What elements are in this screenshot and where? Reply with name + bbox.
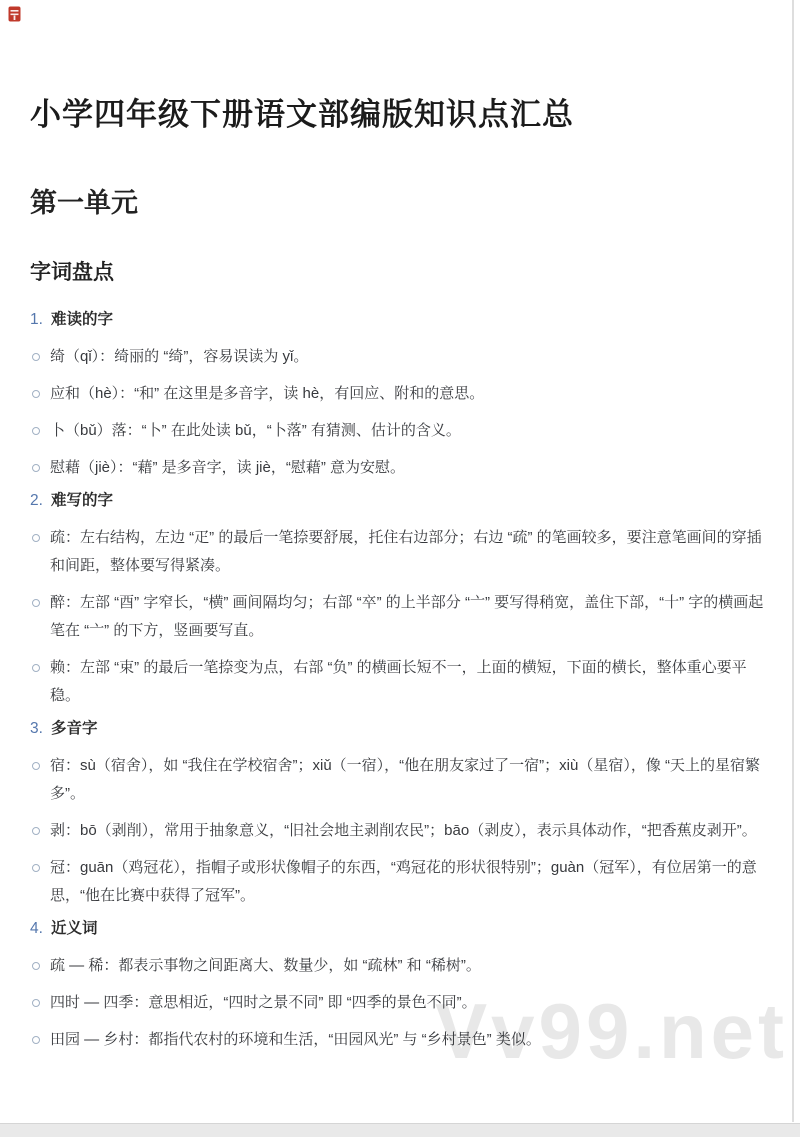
document-page: Vv99.net 小学四年级下册语文部编版知识点汇总 第一单元 字词盘点 1. … (0, 0, 794, 1122)
bullet-circle-icon (32, 390, 40, 398)
list-item: 赖：左部 “束” 的最后一笔捺变为点，右部 “负” 的横画长短不一，上面的横短，… (30, 654, 764, 710)
unit-heading: 第一单元 (30, 187, 764, 219)
section-header-hard-to-read: 1. 难读的字 (30, 310, 764, 330)
bullet-circle-icon (32, 999, 40, 1007)
list-item: 应和（hè）：“和” 在这里是多音字，读 hè，有回应、附和的意思。 (30, 380, 764, 408)
list-item-text: 卜（bǔ）落：“卜” 在此处读 bǔ，“卜落” 有猜测、估计的含义。 (50, 417, 764, 445)
list-item: 田园 — 乡村：都指代农村的环境和生活，“田园风光” 与 “乡村景色” 类似。 (30, 1026, 764, 1054)
bullet-circle-icon (32, 962, 40, 970)
section-number: 4. (30, 919, 43, 939)
list-item: 卜（bǔ）落：“卜” 在此处读 bǔ，“卜落” 有猜测、估计的含义。 (30, 417, 764, 445)
section-number: 2. (30, 491, 43, 511)
list-item: 疏 — 稀：都表示事物之间距离大、数量少，如 “疏林” 和 “稀树”。 (30, 952, 764, 980)
bullet-circle-icon (32, 762, 40, 770)
list-item: 疏：左右结构，左边 “疋” 的最后一笔捺要舒展，托住右边部分；右边 “疏” 的笔… (30, 524, 764, 580)
section-title: 难读的字 (51, 310, 113, 330)
bullet-circle-icon (32, 427, 40, 435)
bullet-circle-icon (32, 599, 40, 607)
list-item-text: 慰藉（jiè）：“藉” 是多音字，读 jiè，“慰藉” 意为安慰。 (50, 454, 764, 482)
section-title: 多音字 (51, 719, 98, 739)
list-item-text: 疏：左右结构，左边 “疋” 的最后一笔捺要舒展，托住右边部分；右边 “疏” 的笔… (50, 524, 764, 580)
corner-stamp-icon (8, 6, 21, 22)
bullet-circle-icon (32, 864, 40, 872)
section-number: 1. (30, 310, 43, 330)
list-item: 绮（qǐ）：绮丽的 “绮”，容易误读为 yǐ。 (30, 343, 764, 371)
section-heading: 字词盘点 (30, 260, 764, 286)
list-item: 四时 — 四季：意思相近，“四时之景不同” 即 “四季的景色不同”。 (30, 989, 764, 1017)
list-item-text: 疏 — 稀：都表示事物之间距离大、数量少，如 “疏林” 和 “稀树”。 (50, 952, 764, 980)
document-content: 小学四年级下册语文部编版知识点汇总 第一单元 字词盘点 1. 难读的字 绮（qǐ… (0, 96, 792, 1054)
section-title: 近义词 (51, 919, 98, 939)
list-item-text: 四时 — 四季：意思相近，“四时之景不同” 即 “四季的景色不同”。 (50, 989, 764, 1017)
list-item: 剥：bō（剥削），常用于抽象意义，“旧社会地主剥削农民”；bāo（剥皮），表示具… (30, 817, 764, 845)
list-item-text: 绮（qǐ）：绮丽的 “绮”，容易误读为 yǐ。 (50, 343, 764, 371)
list-item: 醉：左部 “酉” 字窄长，“横” 画间隔均匀；右部 “卒” 的上半部分 “亠” … (30, 589, 764, 645)
list-item-text: 赖：左部 “束” 的最后一笔捺变为点，右部 “负” 的横画长短不一，上面的横短，… (50, 654, 764, 710)
list-item: 冠：guān（鸡冠花），指帽子或形状像帽子的东西，“鸡冠花的形状很特别”；guà… (30, 854, 764, 910)
list-item-text: 冠：guān（鸡冠花），指帽子或形状像帽子的东西，“鸡冠花的形状很特别”；guà… (50, 854, 764, 910)
list-item-text: 宿：sù（宿舍），如 “我住在学校宿舍”；xiǔ（一宿），“他在朋友家过了一宿”… (50, 752, 764, 808)
bullet-circle-icon (32, 353, 40, 361)
list-item-text: 田园 — 乡村：都指代农村的环境和生活，“田园风光” 与 “乡村景色” 类似。 (50, 1026, 764, 1054)
bullet-circle-icon (32, 1036, 40, 1044)
list-item-text: 应和（hè）：“和” 在这里是多音字，读 hè，有回应、附和的意思。 (50, 380, 764, 408)
section-header-synonyms: 4. 近义词 (30, 919, 764, 939)
bullet-circle-icon (32, 827, 40, 835)
list-item-text: 醉：左部 “酉” 字窄长，“横” 画间隔均匀；右部 “卒” 的上半部分 “亠” … (50, 589, 764, 645)
section-title: 难写的字 (51, 491, 113, 511)
bullet-circle-icon (32, 464, 40, 472)
list-item: 宿：sù（宿舍），如 “我住在学校宿舍”；xiǔ（一宿），“他在朋友家过了一宿”… (30, 752, 764, 808)
page-bottom-edge (0, 1123, 800, 1137)
section-header-hard-to-write: 2. 难写的字 (30, 491, 764, 511)
list-item: 慰藉（jiè）：“藉” 是多音字，读 jiè，“慰藉” 意为安慰。 (30, 454, 764, 482)
list-item-text: 剥：bō（剥削），常用于抽象意义，“旧社会地主剥削农民”；bāo（剥皮），表示具… (50, 817, 764, 845)
section-header-polyphones: 3. 多音字 (30, 719, 764, 739)
bullet-circle-icon (32, 534, 40, 542)
page-title: 小学四年级下册语文部编版知识点汇总 (30, 96, 764, 133)
section-number: 3. (30, 719, 43, 739)
bullet-circle-icon (32, 664, 40, 672)
